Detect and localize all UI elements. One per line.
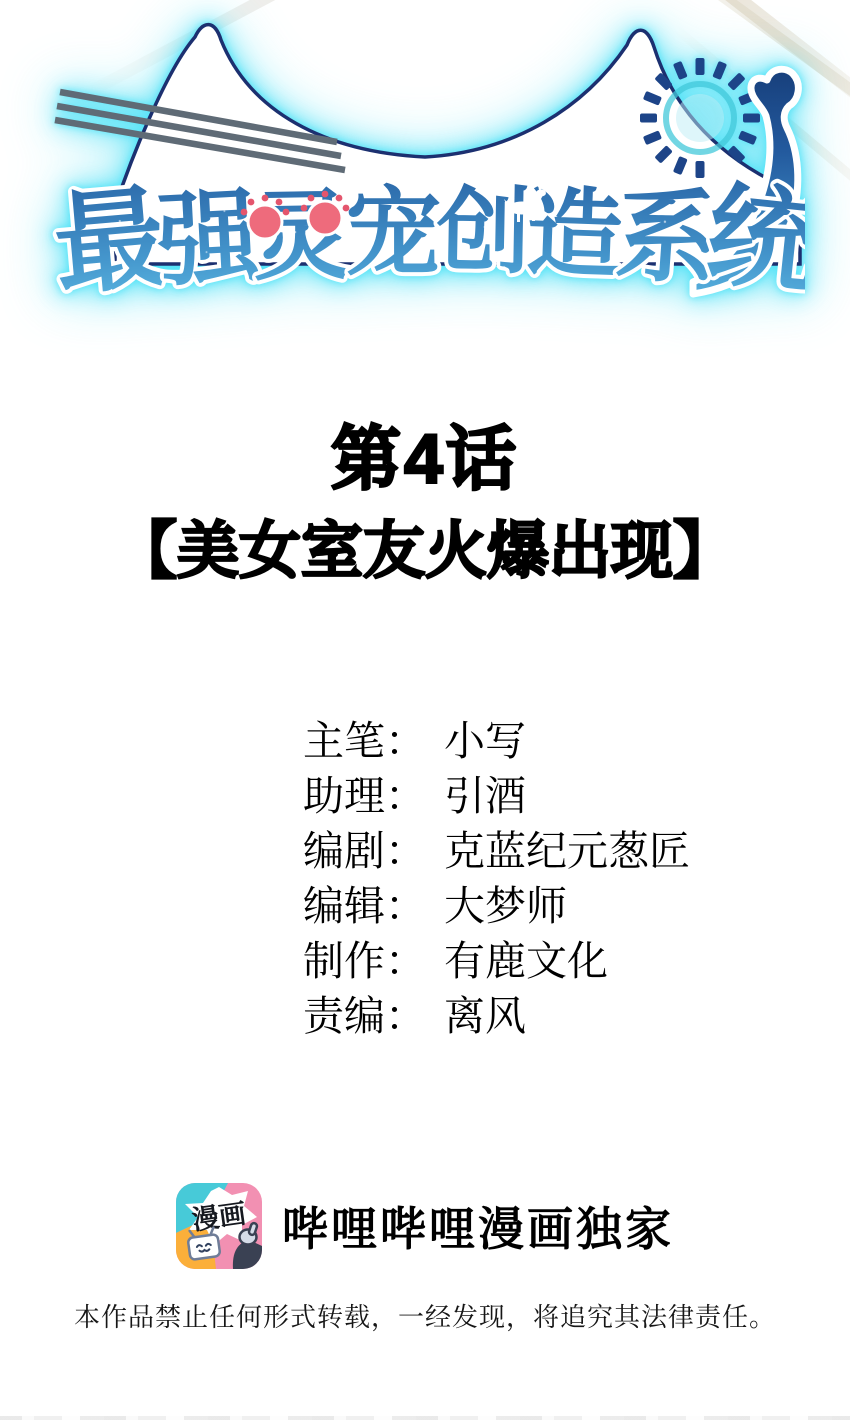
credit-value: 大梦师 [444, 879, 567, 934]
logo-char: 宠 [345, 180, 441, 287]
credit-value: 离风 [444, 989, 526, 1044]
credit-value: 克蓝纪元葱匠 [444, 824, 690, 879]
publisher-exclusive-text: 哔哩哔哩漫画独家 [282, 1193, 674, 1259]
logo-char: 强 [154, 179, 266, 298]
credit-value: 有鹿文化 [444, 934, 608, 989]
logo-char: 最 [49, 174, 171, 308]
credit-label: 主笔： [303, 714, 426, 769]
copyright-notice: 本作品禁止任何形式转载，一经发现，将追究其法律责任。 [0, 1297, 850, 1334]
credit-row: 主笔： 小写 [303, 714, 690, 769]
credit-row: 助理： 引酒 [303, 769, 690, 824]
credit-label: 助理： [303, 769, 426, 824]
credit-label: 编剧： [303, 824, 426, 879]
credit-value: 小写 [444, 714, 526, 769]
credit-row: 编剧： 克蓝纪元葱匠 [303, 824, 690, 879]
credit-row: 编辑： 大梦师 [303, 879, 690, 934]
chapter-number: 第4话 [0, 420, 850, 498]
credit-row: 制作： 有鹿文化 [303, 934, 690, 989]
logo-char: 统 [701, 171, 805, 307]
credit-label: 编辑： [303, 879, 426, 934]
next-panel-edge [0, 1416, 850, 1420]
series-logo: 最 强 灵 宠 创 造 系 统 [45, 12, 805, 322]
credit-label: 制作： [303, 934, 426, 989]
publisher-row: 漫画 哔哩哔哩漫画独家 [0, 1183, 850, 1269]
chapter-heading: 第4话 【美女室友火爆出现】 [0, 420, 850, 592]
logo-title: 最 强 灵 宠 创 造 系 统 [49, 171, 805, 308]
credits-list: 主笔： 小写 助理： 引酒 编剧： 克蓝纪元葱匠 编辑： 大梦师 制作： 有鹿文… [303, 714, 690, 1044]
credit-row: 责编： 离风 [303, 989, 690, 1044]
series-logo-artwork: 最 强 灵 宠 创 造 系 统 [45, 12, 805, 322]
comic-title-page: 最 强 灵 宠 创 造 系 统 [0, 0, 850, 1420]
chapter-title: 【美女室友火爆出现】 [0, 512, 850, 592]
credit-value: 引酒 [444, 769, 526, 824]
credit-label: 责编： [303, 989, 426, 1044]
bilibili-manga-app-icon: 漫画 [176, 1183, 262, 1269]
logo-char: 创 [436, 178, 532, 285]
